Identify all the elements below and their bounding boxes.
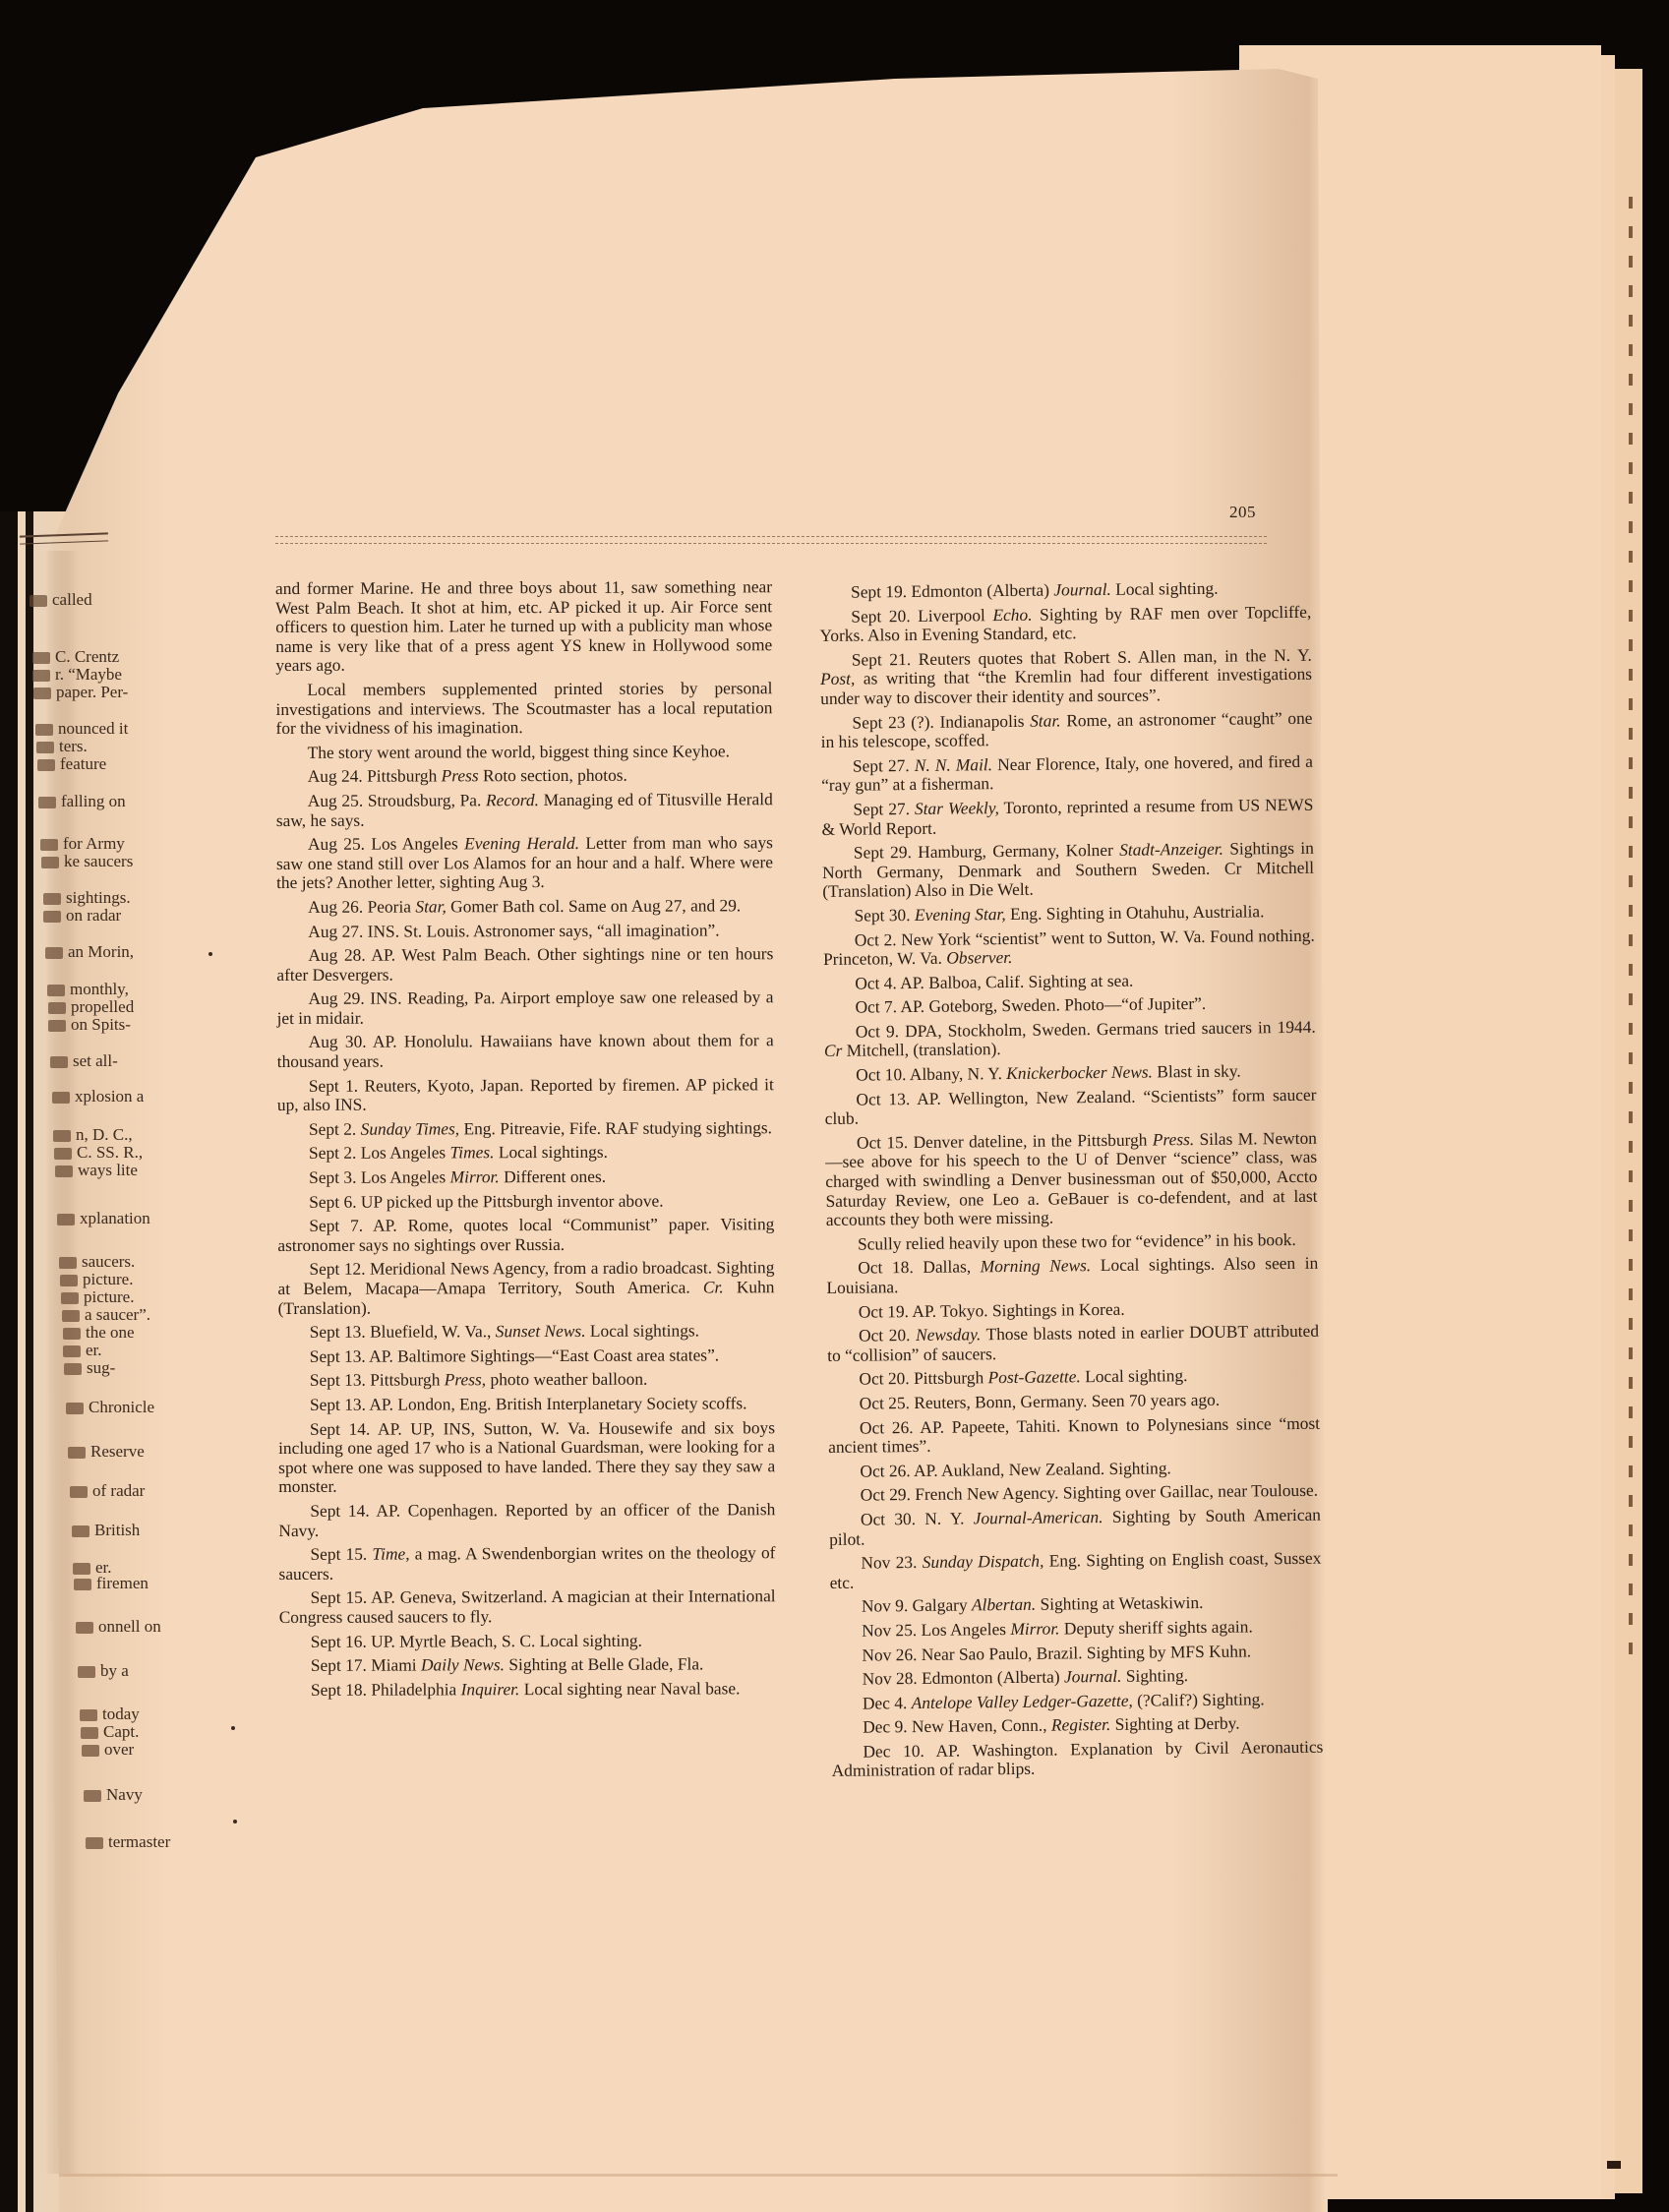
- ink-smudge: [43, 911, 61, 923]
- ink-smudge: [36, 742, 54, 753]
- publication-name: Time,: [372, 1544, 409, 1564]
- entry-date: Sept 1.: [309, 1075, 358, 1095]
- publication-name: Evening Star,: [915, 904, 1006, 925]
- previous-page-fragment: Chronicle: [66, 1398, 154, 1417]
- chronology-entry: Sept 20. Liverpool Echo. Sighting by RAF…: [819, 602, 1311, 645]
- chronology-entry: Sept 17. Miami Daily News. Sighting at B…: [279, 1654, 776, 1675]
- ink-smudge: [86, 1837, 103, 1849]
- entry-text: (?Calif?) Sighting.: [1137, 1689, 1265, 1709]
- entry-date: Aug 30.: [309, 1032, 367, 1051]
- previous-page-fragment: saucers.: [59, 1252, 135, 1272]
- entry-text: Peoria: [368, 896, 412, 916]
- entry-date: Oct 4.: [855, 973, 897, 992]
- entry-date: Nov 9.: [862, 1595, 909, 1615]
- page-bottom-edge: [59, 2174, 1338, 2177]
- entry-text: as writing that “the Kremlin had four di…: [820, 664, 1312, 708]
- entry-text: Liverpool: [918, 605, 985, 626]
- chronology-entry: Sept 13. AP. London, Eng. British Interp…: [278, 1394, 775, 1414]
- ink-smudge: [81, 1727, 98, 1739]
- entry-text: Philadelphia: [371, 1679, 456, 1699]
- chronology-entry: Oct 29. French New Agency. Sighting over…: [829, 1481, 1321, 1506]
- entry-text: Local sightings.: [499, 1142, 608, 1162]
- header-rule: [275, 536, 1267, 544]
- speck: [233, 1820, 237, 1823]
- entry-text: Local sighting.: [1115, 578, 1219, 599]
- entry-date: Oct 2.: [855, 929, 897, 949]
- entry-date: Sept 16.: [311, 1631, 367, 1650]
- chronology-entry: Sept 18. Philadelphia Inquirer. Local si…: [279, 1679, 776, 1700]
- speck: [231, 1726, 235, 1730]
- fragment-text: ke saucers: [64, 852, 133, 870]
- fragment-text: called: [52, 590, 92, 609]
- entry-date: Nov 25.: [862, 1620, 917, 1641]
- entry-date: Sept 13.: [310, 1345, 366, 1365]
- previous-page-fragment: paper. Per-: [33, 683, 128, 702]
- entry-text: Bluefield, W. Va.,: [370, 1321, 491, 1341]
- previous-page-fragment: the one: [63, 1323, 135, 1343]
- fragment-text: for Army: [63, 834, 125, 853]
- left-text-column: and former Marine. He and three boys abo…: [275, 577, 776, 1704]
- entry-date: Aug 26.: [308, 897, 363, 917]
- entry-date: Sept 18.: [311, 1679, 367, 1699]
- chronology-entry: Aug 29. INS. Reading, Pa. Airport employ…: [276, 988, 773, 1029]
- ink-smudge: [48, 1002, 66, 1014]
- chronology-entry: Oct 26. AP. Aukland, New Zealand. Sighti…: [828, 1457, 1320, 1481]
- ink-smudge: [57, 1214, 75, 1226]
- publication-name: Sunday Times,: [361, 1118, 460, 1138]
- ink-smudge: [52, 1092, 70, 1104]
- entry-text: Sighting.: [1126, 1665, 1189, 1686]
- previous-page-fragment: Reserve: [68, 1442, 145, 1462]
- ink-smudge: [50, 1056, 68, 1068]
- publication-name: N. N. Mail.: [915, 754, 992, 775]
- fragment-text: saucers.: [82, 1252, 135, 1271]
- ink-smudge: [35, 724, 53, 736]
- chronology-entry: Sept 27. N. N. Mail. Near Florence, Ital…: [821, 752, 1313, 796]
- fragment-text: termaster: [108, 1832, 170, 1851]
- publication-name: Press: [442, 766, 479, 786]
- chronology-entry: Dec 9. New Haven, Conn., Register. Sight…: [831, 1713, 1323, 1738]
- entry-text: DPA, Stockholm, Sweden. Germans tried sa…: [905, 1017, 1316, 1041]
- chronology-entry: Sept 15. AP. Geneva, Switzerland. A magi…: [279, 1587, 776, 1628]
- entry-text: AP. Balboa, Calif. Sighting at sea.: [900, 970, 1133, 991]
- entry-text: Near Sao Paulo, Brazil. Sighting by MFS …: [922, 1641, 1251, 1664]
- entry-date: Sept 20.: [851, 606, 910, 627]
- speck: [209, 952, 212, 956]
- entry-date: Oct 10.: [856, 1064, 906, 1085]
- previous-page-fragment: propelled: [48, 997, 134, 1017]
- fragment-text: r. “Maybe: [55, 665, 122, 684]
- fragment-text: onnell on: [98, 1617, 161, 1636]
- publication-name: Star,: [415, 896, 446, 916]
- previous-page-fragment: on radar: [43, 906, 121, 926]
- publication-name: Times.: [450, 1143, 495, 1163]
- publication-name: Observer.: [946, 947, 1012, 968]
- publication-name: Daily News.: [421, 1654, 505, 1674]
- chronology-entry: Sept 12. Meridional News Agency, from a …: [277, 1259, 774, 1319]
- previous-page-fragment: xplosion a: [52, 1087, 144, 1106]
- publication-name: Morning News.: [981, 1256, 1092, 1277]
- previous-page-fragment: ke saucers: [41, 852, 133, 871]
- fragment-text: sug-: [87, 1358, 115, 1377]
- fragment-text: falling on: [61, 792, 126, 810]
- fragment-text: nounced it: [58, 719, 128, 738]
- previous-page-fragment: a saucer”.: [62, 1305, 150, 1325]
- publication-name: Post-Gazette.: [987, 1367, 1080, 1388]
- fragment-text: Capt.: [103, 1722, 139, 1741]
- fragment-text: of radar: [92, 1481, 145, 1500]
- entry-date: Oct 15.: [857, 1132, 908, 1153]
- entry-date: Aug 25.: [308, 791, 363, 810]
- publication-name: Evening Herald.: [464, 833, 579, 853]
- previous-page-fragment: of radar: [70, 1481, 145, 1501]
- entry-text: Local sighting.: [1085, 1365, 1188, 1386]
- previous-page-fragment: falling on: [38, 792, 126, 811]
- chronology-entry: Oct 19. AP. Tokyo. Sightings in Korea.: [827, 1297, 1319, 1322]
- fragment-text: over: [104, 1740, 134, 1759]
- publication-name: Sunset News.: [496, 1321, 586, 1341]
- chronology-entry: Sept 14. AP. Copenhagen. Reported by an …: [278, 1500, 775, 1540]
- fragment-text: ters.: [59, 737, 88, 755]
- fragment-text: picture.: [84, 1287, 134, 1306]
- entry-text: AP. Tokyo. Sightings in Korea.: [912, 1298, 1125, 1320]
- entry-text: Los Angeles: [361, 1166, 447, 1186]
- ink-smudge: [55, 1166, 73, 1177]
- entry-text: Pittsburgh: [914, 1368, 984, 1389]
- chronology-entry: Dec 10. AP. Washington. Explanation by C…: [831, 1738, 1323, 1781]
- chronology-entry: Sept 2. Sunday Times, Eng. Pitreavie, Fi…: [277, 1118, 774, 1139]
- chronology-entry: Aug 30. AP. Honolulu. Hawaiians have kno…: [277, 1032, 774, 1072]
- ink-smudge: [80, 1709, 97, 1721]
- fragment-text: firemen: [96, 1574, 149, 1592]
- fragment-text: Chronicle: [89, 1398, 154, 1416]
- chronology-entry: Oct 18. Dallas, Morning News. Local sigh…: [826, 1254, 1318, 1297]
- entry-text: Edmonton (Alberta): [922, 1667, 1060, 1688]
- fragment-text: by a: [100, 1661, 129, 1680]
- entry-text: Galgary: [912, 1595, 967, 1616]
- publication-name: Post,: [820, 669, 855, 688]
- entry-date: Aug 24.: [308, 766, 363, 786]
- publication-name: Knickerbocker News.: [1006, 1062, 1153, 1084]
- ink-smudge: [38, 797, 56, 808]
- fragment-text: Navy: [106, 1785, 143, 1804]
- chronology-entry: Nov 9. Galgary Albertan. Sighting at Wet…: [830, 1592, 1322, 1617]
- previous-page-fragment: today: [80, 1704, 140, 1724]
- fragment-text: C. Crentz: [55, 647, 119, 666]
- entry-text: AP. Aukland, New Zealand. Sighting.: [914, 1458, 1171, 1480]
- fragment-text: on Spits-: [71, 1015, 131, 1034]
- chronology-entry: The story went around the world, biggest…: [276, 742, 773, 762]
- ink-smudge: [30, 595, 47, 607]
- fragment-text: C. SS. R.,: [77, 1143, 143, 1162]
- entry-text: New York “scientist” went to Sutton, W. …: [823, 925, 1315, 969]
- entry-text: Eng. Sighting in Otahuhu, Austrialia.: [1010, 901, 1265, 924]
- publication-name: Star Weekly,: [915, 798, 999, 818]
- entry-date: Sept 13.: [310, 1395, 366, 1414]
- fragment-text: paper. Per-: [56, 683, 128, 701]
- ink-smudge: [63, 1345, 81, 1357]
- chronology-entry: Aug 25. Los Angeles Evening Herald. Lett…: [276, 833, 773, 893]
- publication-name: Journal.: [1053, 579, 1111, 600]
- chronology-entry: Sept 2. Los Angeles Times. Local sightin…: [277, 1143, 774, 1164]
- ink-smudge: [59, 1257, 77, 1269]
- publication-name: Record.: [486, 790, 539, 809]
- publication-name: Cr.: [703, 1277, 724, 1296]
- entry-text: and former Marine. He and three boys abo…: [275, 576, 772, 675]
- previous-page-fragment: an Morin,: [45, 942, 134, 962]
- chronology-entry: Aug 28. AP. West Palm Beach. Other sight…: [276, 944, 773, 985]
- entry-date: Sept 6.: [309, 1191, 356, 1211]
- chronology-entry: Oct 7. AP. Goteborg, Sweden. Photo—“of J…: [823, 993, 1315, 1018]
- ink-smudge: [45, 947, 63, 959]
- ink-smudge: [33, 688, 51, 699]
- entry-text: Local members supplemented printed stori…: [275, 678, 772, 738]
- entry-text: Scully relied heavily upon these two for…: [858, 1229, 1296, 1254]
- ink-smudge: [40, 839, 58, 851]
- previous-page-fragment: over: [82, 1740, 134, 1760]
- entry-date: Oct 19.: [859, 1301, 909, 1322]
- ink-smudge: [63, 1328, 81, 1340]
- entry-date: Sept 13.: [310, 1370, 366, 1390]
- fragment-text: a saucer”.: [85, 1305, 150, 1324]
- chronology-entry: Sept 16. UP. Myrtle Beach, S. C. Local s…: [279, 1631, 776, 1651]
- chronology-entry: Oct 25. Reuters, Bonn, Germany. Seen 70 …: [828, 1390, 1320, 1414]
- publication-name: Press,: [445, 1370, 486, 1390]
- entry-text: INS. St. Louis. Astronomer says, “all im…: [368, 920, 720, 940]
- chronology-entry: Local members supplemented printed stori…: [275, 679, 772, 739]
- entry-text: Miami: [371, 1655, 416, 1675]
- binding-stain: [1629, 197, 1633, 1672]
- entry-text: Eng. Pitreavie, Fife. RAF studying sight…: [463, 1117, 772, 1138]
- entry-date: Oct 25.: [860, 1393, 910, 1413]
- publication-name: Journal-American.: [974, 1507, 1103, 1527]
- entry-text: The story went around the world, biggest…: [308, 741, 730, 761]
- entry-date: Oct 30.: [861, 1509, 916, 1529]
- chronology-entry: Nov 28. Edmonton (Alberta) Journal. Sigh…: [831, 1665, 1323, 1690]
- fragment-text: today: [102, 1704, 140, 1723]
- fragment-text: propelled: [71, 997, 134, 1016]
- ink-smudge: [76, 1622, 93, 1634]
- entry-date: Oct 9.: [856, 1021, 899, 1041]
- entry-date: Nov 23.: [861, 1552, 917, 1573]
- chronology-entry: Sept 13. AP. Baltimore Sightings—“East C…: [278, 1345, 775, 1366]
- page-number: 205: [1229, 503, 1256, 522]
- entry-text: Reuters, Bonn, Germany. Seen 70 years ag…: [914, 1390, 1220, 1412]
- entry-text: Blast in sky.: [1157, 1061, 1241, 1082]
- entry-date: Aug 25.: [308, 834, 365, 854]
- chronology-entry: Oct 20. Newsday. Those blasts noted in e…: [827, 1322, 1319, 1365]
- ink-smudge: [53, 1130, 71, 1142]
- fragment-text: Reserve: [90, 1442, 145, 1461]
- entry-text: Sighting at Derby.: [1115, 1713, 1240, 1734]
- chronology-entry: Aug 26. Peoria Star, Gomer Bath col. Sam…: [276, 896, 773, 917]
- entry-date: Sept 27.: [853, 755, 910, 776]
- ink-smudge: [72, 1525, 89, 1537]
- entry-date: Sept 12.: [309, 1259, 365, 1279]
- publication-name: Register.: [1051, 1714, 1111, 1735]
- entry-date: Sept 17.: [311, 1655, 367, 1675]
- chronology-entry: Nov 23. Sunday Dispatch, Eng. Sighting o…: [829, 1549, 1321, 1592]
- fragment-text: feature: [60, 754, 106, 773]
- entry-date: Sept 30.: [854, 905, 910, 926]
- entry-text: Sighting at Wetaskiwin.: [1040, 1592, 1203, 1614]
- entry-date: Oct 26.: [860, 1461, 910, 1481]
- ink-smudge: [48, 1020, 66, 1032]
- publication-name: Albertan.: [972, 1594, 1036, 1615]
- publication-name: Journal.: [1064, 1666, 1122, 1687]
- previous-page-fragment: Navy: [84, 1785, 143, 1805]
- chronology-entry: Oct 20. Pittsburgh Post-Gazette. Local s…: [827, 1365, 1319, 1390]
- fragment-text: ways lite: [78, 1161, 138, 1179]
- entry-text: N. Y.: [924, 1508, 964, 1527]
- entry-date: Sept 15.: [311, 1587, 368, 1607]
- chronology-entry: Oct 10. Albany, N. Y. Knickerbocker News…: [824, 1061, 1316, 1086]
- previous-page-fragment: C. Crentz: [32, 647, 119, 667]
- entry-text: Stroudsburg, Pa.: [368, 790, 482, 809]
- fragment-text: on radar: [66, 906, 121, 925]
- ink-smudge: [84, 1790, 101, 1802]
- ink-smudge: [41, 857, 59, 868]
- ink-smudge: [70, 1486, 88, 1498]
- entry-text: Gomer Bath col. Same on Aug 27, and 29.: [450, 895, 741, 916]
- entry-date: Oct 26.: [860, 1417, 914, 1438]
- chronology-entry: Sept 7. AP. Rome, quotes local “Communis…: [277, 1215, 774, 1255]
- entry-date: Oct 13.: [856, 1089, 910, 1109]
- fragment-text: picture.: [83, 1270, 133, 1288]
- chronology-entry: Sept 3. Los Angeles Mirror. Different on…: [277, 1166, 774, 1187]
- previous-page-fragment: by a: [78, 1661, 129, 1681]
- fragment-text: n, D. C.,: [76, 1125, 133, 1144]
- ink-smudge: [74, 1579, 91, 1590]
- previous-page-fragment: onnell on: [76, 1617, 161, 1637]
- fragment-text: monthly,: [70, 980, 129, 998]
- publication-name: Mirror.: [1010, 1618, 1059, 1639]
- chronology-entry: Oct 30. N. Y. Journal-American. Sighting…: [829, 1506, 1321, 1549]
- entry-date: Sept 23 (?).: [852, 711, 934, 732]
- chronology-entry: Oct 26. AP. Papeete, Tahiti. Known to Po…: [828, 1413, 1320, 1457]
- entry-date: Dec 10.: [863, 1741, 924, 1762]
- chronology-entry: Aug 25. Stroudsburg, Pa. Record. Managin…: [276, 790, 773, 830]
- entry-date: Sept 21.: [852, 649, 912, 670]
- entry-date: Oct 18.: [858, 1257, 914, 1278]
- publication-name: Mirror.: [450, 1166, 500, 1186]
- ink-smudge: [68, 1447, 86, 1459]
- previous-page-fragment: for Army: [40, 834, 125, 854]
- chronology-entry: Oct 4. AP. Balboa, Calif. Sighting at se…: [823, 969, 1315, 993]
- entry-text: AP. Baltimore Sightings—“East Coast area…: [369, 1345, 719, 1365]
- ink-smudge: [43, 893, 61, 905]
- entry-text: Los Angeles: [371, 833, 458, 853]
- chronology-entry: Sept 21. Reuters quotes that Robert S. A…: [820, 646, 1313, 709]
- entry-text: photo weather balloon.: [490, 1369, 647, 1390]
- entry-text: Different ones.: [504, 1166, 606, 1186]
- chronology-entry: Sept 1. Reuters, Kyoto, Japan. Reported …: [277, 1075, 774, 1115]
- previous-page-fragment: set all-: [50, 1051, 118, 1071]
- entry-date: Sept 29.: [854, 842, 912, 863]
- publication-name: Sunday Dispatch,: [923, 1551, 1044, 1572]
- entry-date: Sept 14.: [310, 1501, 369, 1521]
- previous-page-fragment: nounced it: [35, 719, 128, 739]
- publication-name: Antelope Valley Ledger-Gazette,: [912, 1690, 1133, 1711]
- previous-page-fragment: sightings.: [43, 888, 131, 908]
- previous-page-fragment: monthly,: [47, 980, 129, 999]
- previous-page-fragment: Capt.: [81, 1722, 139, 1742]
- ink-smudge: [47, 985, 65, 996]
- previous-page-fragment: er.: [63, 1341, 102, 1360]
- previous-page-fragment: British: [72, 1521, 140, 1540]
- entry-date: Sept 3.: [309, 1167, 356, 1187]
- previous-page-fragment: xplanation: [57, 1209, 150, 1228]
- publication-name: Inquirer.: [461, 1679, 520, 1699]
- entry-text: Edmonton (Alberta): [911, 580, 1049, 601]
- publication-name: Newsday.: [916, 1325, 981, 1345]
- chronology-entry: Oct 15. Denver dateline, in the Pittsbur…: [825, 1129, 1318, 1230]
- entry-date: Nov 28.: [863, 1668, 918, 1689]
- chronology-entry: Dec 4. Antelope Valley Ledger-Gazette, (…: [831, 1689, 1323, 1713]
- fragment-text: British: [94, 1521, 140, 1539]
- fragment-text: xplanation: [80, 1209, 150, 1227]
- entry-text: Pittsburgh: [370, 1370, 440, 1390]
- fragment-text: xplosion a: [75, 1087, 144, 1106]
- ink-smudge: [60, 1275, 78, 1286]
- ink-smudge: [54, 1148, 72, 1160]
- entry-text: Dallas,: [923, 1257, 971, 1278]
- previous-page-fragment: C. SS. R.,: [54, 1143, 143, 1163]
- chronology-entry: Sept 13. Pittsburgh Press, photo weather…: [278, 1370, 775, 1391]
- entry-date: Sept 13.: [310, 1322, 366, 1342]
- entry-date: Dec 9.: [863, 1716, 908, 1736]
- entry-text: UP. Myrtle Beach, S. C. Local sighting.: [371, 1630, 642, 1650]
- fragment-text: sightings.: [66, 888, 131, 907]
- previous-page-fragment: picture.: [61, 1287, 134, 1307]
- chronology-entry: Sept 14. AP. UP, INS, Sutton, W. Va. Hou…: [278, 1418, 775, 1497]
- chronology-entry: Scully relied heavily upon these two for…: [826, 1230, 1318, 1255]
- entry-date: Sept 14.: [310, 1418, 370, 1438]
- entry-date: Oct 7.: [855, 996, 897, 1016]
- previous-page-fragment: termaster: [86, 1832, 170, 1852]
- entry-date: Aug 27.: [308, 921, 363, 940]
- entry-date: Oct 20.: [859, 1368, 909, 1389]
- previous-page-fragment: ters.: [36, 737, 88, 756]
- ink-smudge: [61, 1292, 79, 1304]
- entry-date: Aug 28.: [308, 945, 365, 965]
- chronology-entry: Nov 26. Near Sao Paulo, Brazil. Sighting…: [830, 1641, 1322, 1665]
- entry-date: Oct 29.: [861, 1484, 911, 1505]
- chronology-entry: Oct 2. New York “scientist” went to Sutt…: [823, 926, 1315, 969]
- fragment-text: set all-: [73, 1051, 118, 1070]
- ink-blot: [1607, 2161, 1621, 2169]
- ink-smudge: [37, 759, 55, 771]
- entry-text: Los Angeles: [921, 1619, 1006, 1640]
- entry-date: Sept 2.: [309, 1143, 356, 1163]
- publication-name: Cr: [824, 1041, 843, 1060]
- entry-text: Mitchell, (translation).: [847, 1040, 1001, 1061]
- entry-text: Deputy sheriff sights again.: [1064, 1616, 1253, 1638]
- entry-text: Indianapolis: [939, 710, 1024, 731]
- ink-smudge: [64, 1363, 82, 1375]
- ink-smudge: [66, 1403, 84, 1414]
- previous-page-fragment: n, D. C.,: [53, 1125, 133, 1145]
- chronology-entry: Sept 23 (?). Indianapolis Star. Rome, an…: [820, 708, 1312, 751]
- entry-text: Los Angeles: [361, 1143, 447, 1163]
- entry-date: Sept 2.: [309, 1119, 356, 1139]
- entry-text: New Haven, Conn.,: [912, 1715, 1047, 1736]
- chronology-entry: Sept 30. Evening Star, Eng. Sighting in …: [822, 902, 1314, 927]
- entry-text: Pittsburgh: [367, 766, 437, 786]
- previous-page-fragment: ways lite: [55, 1161, 138, 1180]
- ink-smudge: [32, 652, 50, 664]
- ink-smudge: [82, 1745, 99, 1757]
